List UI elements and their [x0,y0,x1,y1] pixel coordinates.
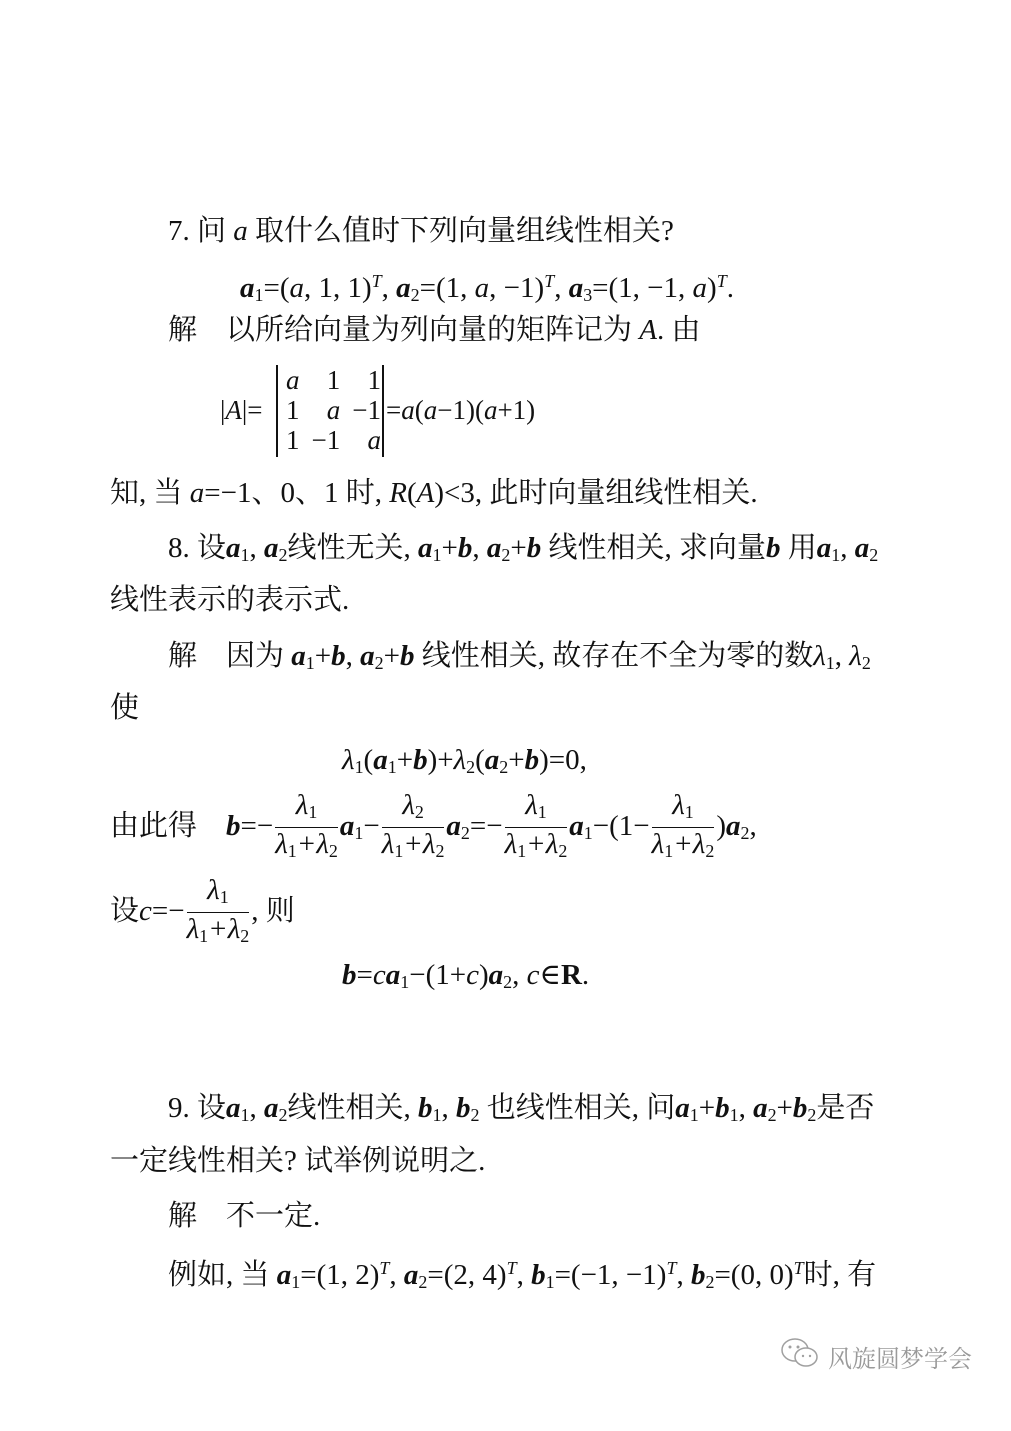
problem8-solution-line1: 解 因为 a1+b, a2+b 线性相关, 故存在不全为零的数λ1, λ2 [168,638,871,681]
problem7-vectors: a1=(a, 1, 1)T, a2=(1, a, −1)T, a3=(1, −1… [240,263,734,313]
problem8-equation1: λ1(a1+b)+λ2(a2+b)=0, [342,742,587,785]
problem8-result: b=ca1−(1+c)a2, c∈R. [342,957,589,1000]
problem8-solution-line2: 使 [110,690,139,726]
problem8-set-c: 设c=−λ1λ1+λ2, 则 [110,875,295,952]
problem7-solution: 解 以所给向量为列向量的矩阵记为 A. 由 [168,312,701,348]
problem8-question-line1: 8. 设a1, a2线性无关, a1+b, a2+b 线性相关, 求向量b 用a… [168,530,878,573]
watermark-text: 风旋圆梦学会 [828,1339,972,1374]
problem9-solution: 解 不一定. [168,1198,320,1234]
problem9-example: 例如, 当 a1=(1, 2)T, a2=(2, 4)T, b1=(−1, −1… [168,1250,876,1300]
problem7-question: 7. 问 a 取什么值时下列向量组线性相关? [168,213,674,249]
problem8-equation2: 由此得 b=−λ1λ1+λ2a1−λ2λ1+λ2a2=−λ1λ1+λ2a1−(1… [110,790,757,868]
problem7-conclusion: 知, 当 a=−1、0、1 时, R(A)<3, 此时向量组线性相关. [110,475,758,511]
problem9-question-line1: 9. 设a1, a2线性相关, b1, b2 也线性相关, 问a1+b1, a2… [168,1090,874,1133]
watermark: 风旋圆梦学会 [780,1337,972,1375]
det-lhs: |A|= [220,395,263,426]
det-matrix: a11 1a−1 1−1a [280,365,387,455]
wechat-icon [780,1337,820,1375]
problem9-question-line2: 一定线性相关? 试举例说明之. [110,1143,485,1179]
det-rhs: =a(a−1)(a+1) [386,395,535,426]
problem8-question-line2: 线性表示的表示式. [110,582,349,618]
